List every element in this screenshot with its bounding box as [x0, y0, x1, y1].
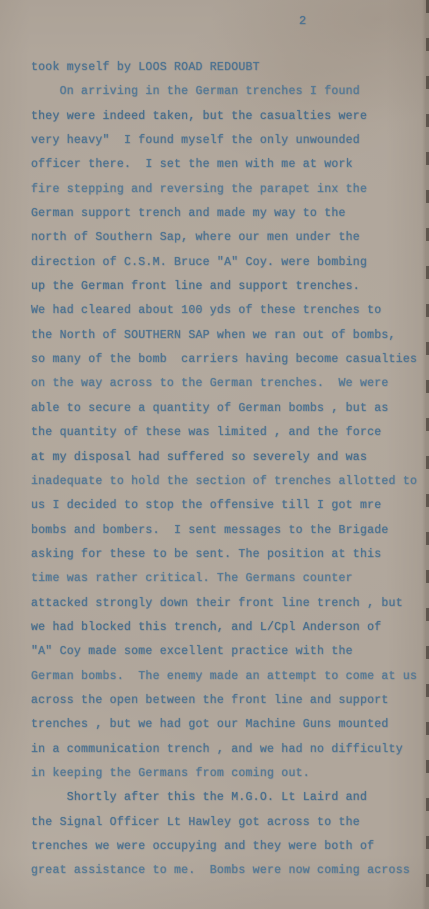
typed-line: the North of SOUTHERN SAP when we ran ou… [31, 324, 426, 348]
typed-line: bombs and bombers. I sent messages to th… [31, 519, 426, 543]
typed-line: trenches we were occupying and they were… [31, 835, 426, 859]
typed-line: German support trench and made my way to… [31, 202, 426, 226]
typed-line: they were indeed taken, but the casualti… [31, 105, 426, 129]
typed-line: inadequate to hold the section of trench… [31, 470, 426, 494]
typed-line: time was rather critical. The Germans co… [31, 567, 426, 591]
typed-line: up the German front line and support tre… [31, 275, 426, 299]
typed-line: the quantity of these was limited , and … [31, 421, 426, 445]
typed-line: on the way across to the German trenches… [31, 372, 426, 396]
typed-line: asking for these to be sent. The positio… [31, 543, 426, 567]
typed-line: across the open between the front line a… [31, 689, 426, 713]
page-number: 2 [299, 14, 306, 28]
typed-line: in keeping the Germans from coming out. [31, 762, 426, 786]
typed-line: us I decided to stop the offensive till … [31, 494, 426, 518]
typed-line: We had cleared about 100 yds of these tr… [31, 299, 426, 323]
typed-line: fire stepping and reversing the parapet … [31, 178, 426, 202]
typed-line: north of Southern Sap, where our men und… [31, 226, 426, 250]
typed-line: we had blocked this trench, and L/Cpl An… [31, 616, 426, 640]
typed-line: "A" Coy made some excellent practice wit… [31, 640, 426, 664]
typed-text-block: took myself by LOOS ROAD REDOUBT On arri… [31, 56, 426, 884]
typed-line: attacked strongly down their front line … [31, 592, 426, 616]
typed-line: the Signal Officer Lt Hawley got across … [31, 811, 426, 835]
typed-line: officer there. I set the men with me at … [31, 153, 426, 177]
typed-line: so many of the bomb carriers having beco… [31, 348, 426, 372]
typed-line: very heavy" I found myself the only unwo… [31, 129, 426, 153]
typed-line: at my disposal had suffered so severely … [31, 446, 426, 470]
typed-line: great assistance to me. Bombs were now c… [31, 859, 426, 883]
typed-line: German bombs. The enemy made an attempt … [31, 665, 426, 689]
typed-line: took myself by LOOS ROAD REDOUBT [31, 56, 426, 80]
typed-line: trenches , but we had got our Machine Gu… [31, 713, 426, 737]
document-page: 2 took myself by LOOS ROAD REDOUBT On ar… [0, 0, 429, 909]
typed-line: in a communication trench , and we had n… [31, 738, 426, 762]
typed-line: On arriving in the German trenches I fou… [31, 80, 426, 104]
typed-line: direction of C.S.M. Bruce "A" Coy. were … [31, 251, 426, 275]
typed-line: Shortly after this the M.G.O. Lt Laird a… [31, 786, 426, 810]
typed-line: able to secure a quantity of German bomb… [31, 397, 426, 421]
